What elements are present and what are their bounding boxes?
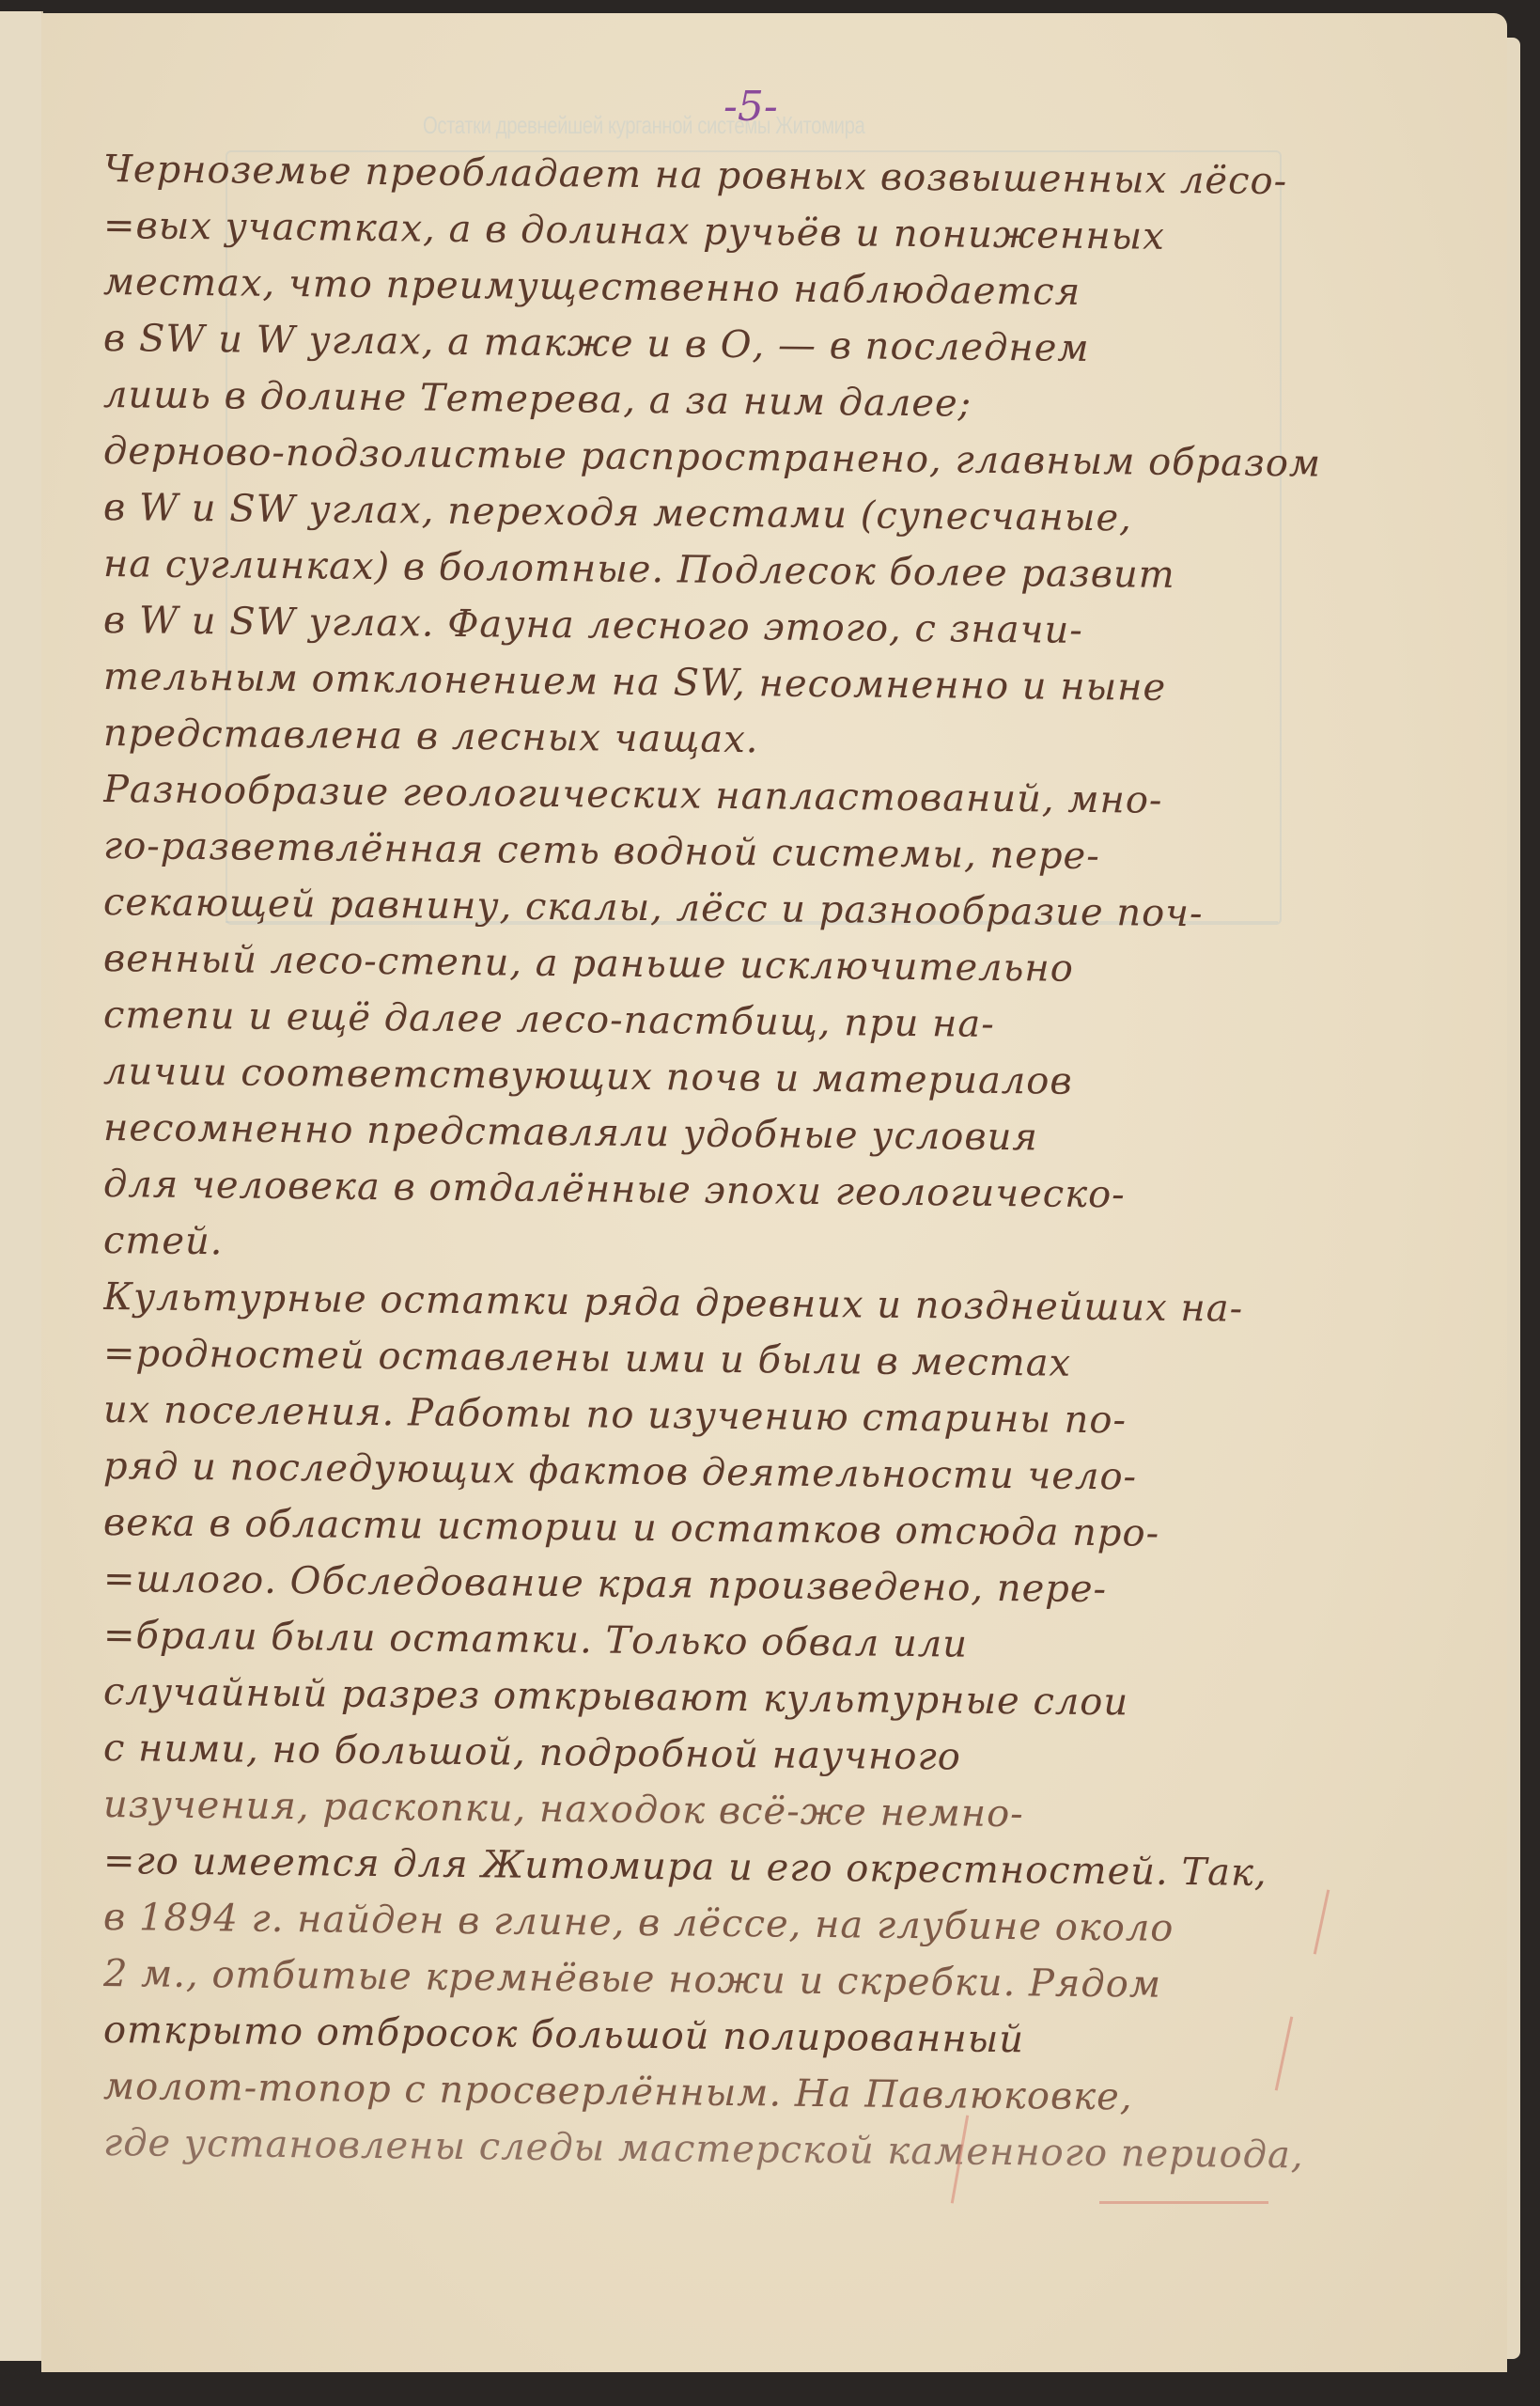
page-number: -5- <box>723 83 778 131</box>
handwritten-text-block: Черноземье преобладает на ровных возвыше… <box>103 141 1475 2171</box>
adjacent-page-edge <box>0 11 43 2361</box>
red-pencil-underline <box>1099 2201 1268 2204</box>
showthrough-printed-title: Остатки древнейшей курганной системы Жит… <box>423 111 980 140</box>
page-edge-right <box>1507 38 1520 2359</box>
